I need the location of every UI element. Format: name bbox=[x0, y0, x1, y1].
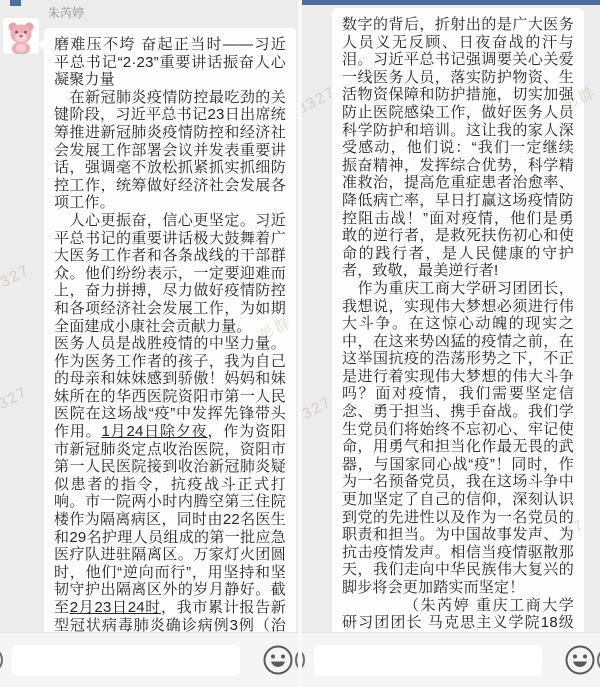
message-bubble[interactable]: 磨难压不垮 奋起正当时——习近平总书记“2·23”重要讲话振奋人心凝聚力量 在新… bbox=[44, 28, 296, 677]
watermark-fragment: 3327 bbox=[302, 393, 335, 427]
message-paragraph: 医务人员是战胜疫情的中坚力量。作为医务工作者的孩子，我为自己的母亲和妹妹感到骄傲… bbox=[54, 335, 286, 669]
watermark-fragment: 3327 bbox=[0, 383, 31, 417]
voice-button-partial-icon[interactable] bbox=[0, 647, 3, 673]
bubble-tail bbox=[38, 38, 51, 51]
message-input[interactable] bbox=[314, 645, 542, 676]
message-paragraph: 作为重庆工商大学研习团团长，我想说，实现伟大梦想必须进行伟大斗争。在这惊心动魄的… bbox=[342, 280, 574, 597]
date-link[interactable]: 2月23日24时 bbox=[70, 599, 161, 616]
emoji-button[interactable] bbox=[262, 644, 294, 676]
more-button-partial-icon[interactable] bbox=[295, 647, 298, 673]
message-input[interactable] bbox=[12, 645, 240, 676]
date-link[interactable]: 1月24日除夕夜 bbox=[101, 423, 207, 440]
chat-screenshot-right: 数字的背后，折射出的是广大医务人员义无反顾、日夜奋战的汗与泪。习近平总书记强调要… bbox=[302, 0, 600, 687]
emoji-button[interactable] bbox=[564, 644, 596, 676]
message-title: 磨难压不垮 奋起正当时——习近平总书记“2·23”重要讲话振奋人心凝聚力量 bbox=[54, 36, 286, 89]
cropped-blue-bar-fragment bbox=[10, 0, 21, 6]
pink-teddy-bear-icon bbox=[3, 18, 39, 54]
chat-input-bar bbox=[0, 632, 298, 687]
voice-button-partial-icon[interactable] bbox=[302, 647, 305, 673]
sender-name: 朱芮婷 bbox=[48, 4, 84, 21]
paragraph-text: ，作为资阳市新冠肺炎定点收治医院，资阳市第一人民医院接到收治新冠肺炎疑似患者的指… bbox=[54, 423, 286, 616]
message-paragraph: 在新冠肺炎疫情防控最吃劲的关键阶段，习近平总书记23日出席统筹推进新冠肺炎疫情防… bbox=[54, 89, 286, 212]
message-paragraph: 人心更振奋，信心更坚定。习近平总书记的重要讲话极大鼓舞着广大医务工作者和各条战线… bbox=[54, 212, 286, 335]
smiley-emoji-icon bbox=[564, 644, 596, 676]
chat-screenshot-left: 朱芮婷 磨难压不垮 奋起正当时——习近平总书记“2·23”重要讲话振奋人心凝聚力… bbox=[0, 0, 298, 687]
wechat-screenshot-pair: 朱芮婷 磨难压不垮 奋起正当时——习近平总书记“2·23”重要讲话振奋人心凝聚力… bbox=[0, 0, 600, 687]
cropped-blue-bar bbox=[302, 0, 600, 5]
message-paragraph: 数字的背后，折射出的是广大医务人员义无反顾、日夜奋战的汗与泪。习近平总书记强调要… bbox=[342, 16, 574, 280]
avatar[interactable] bbox=[3, 18, 39, 54]
message-bubble[interactable]: 数字的背后，折射出的是广大医务人员义无反顾、日夜奋战的汗与泪。习近平总书记强调要… bbox=[332, 8, 584, 657]
smiley-emoji-icon bbox=[262, 644, 294, 676]
chat-input-bar bbox=[302, 632, 600, 687]
watermark-fragment: 3327 bbox=[0, 261, 33, 295]
